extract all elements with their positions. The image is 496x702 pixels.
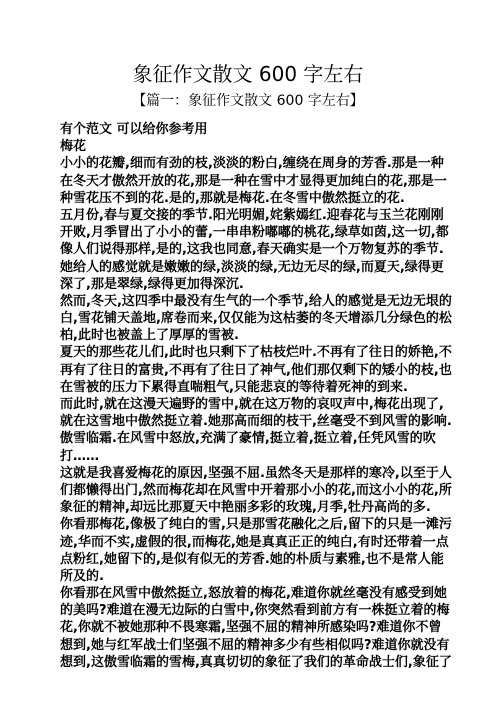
text-line: 再有了往日的富贵,不再有了往日了神气,他们那仅剩下的矮小的枝,也 [60,362,434,379]
text-line: 傲雪临霜.在风雪中怒放,充满了豪情,挺立着,挺立着,任凭风雪的吹 [60,430,434,447]
text-line: 柏,此时也被盖上了厚厚的雪被. [60,327,434,344]
text-line: 种雪花压不到的花.是的,那就是梅花.在冬雪中傲然挺立的花. [60,190,434,207]
text-line: 像人们说得那样,是的,这我也同意,春天确实是一个万物复苏的季节. [60,241,434,258]
section-heading: 梅花 [60,138,434,155]
document-title: 象征作文散文 600 字左右 [0,58,496,87]
text-line: 这就是我喜爱梅花的原因,坚强不屈.虽然冬天是那样的寒冷,以至于人 [60,465,434,482]
text-line: 夏天的那些花儿们,此时也只剩下了枯枝烂叶.不再有了往日的娇艳,不 [60,344,434,361]
document-subtitle: 【篇一：象征作文散文 600 字左右】 [0,90,496,110]
text-line: 在雪被的压力下累得直喘粗气,只能悲哀的等待着死神的到来. [60,379,434,396]
text-line: 小小的花瓣,细而有劲的枝,淡淡的粉白,缠绕在周身的芳香.那是一种 [60,155,434,172]
text-line: 然而,冬天,这四季中最没有生气的一个季节,给人的感觉是无边无垠的 [60,293,434,310]
text-line: 你看那在风雪中傲然挺立,怒放着的梅花,难道你就丝毫没有感受到她 [60,585,434,602]
document-body: 有个范文 可以给你参考用 梅花 小小的花瓣,细而有劲的枝,淡淡的粉白,缠绕在周身… [60,121,434,671]
text-line: 打…… [60,448,434,465]
text-line: 点粉红,她留下的,是似有似无的芳香.她的朴质与素雅,也不是常人能 [60,551,434,568]
text-line: 迹,华而不实,虚假的很,而梅花,她是真真正正的纯白,有时还带着一点 [60,534,434,551]
text-line: 白,雪花铺天盖地,席卷而来,仅仅能为这枯萎的冬天增添几分绿色的松 [60,310,434,327]
text-line: 想到,她与红军战士们坚强不屈的精神多少有些相似吗?难道你就没有 [60,637,434,654]
text-line: 所及的. [60,568,434,585]
text-line: 她给人的感觉就是嫩嫩的绿,淡淡的绿,无边无尽的绿,而夏天,绿得更 [60,259,434,276]
text-line: 想到,这傲雪临霜的雪梅,真真切切的象征了我们的革命战士们,象征了 [60,654,434,671]
text-line: 花,你就不被她那种不畏寒霜,坚强不屈的精神所感染吗?难道你不曾 [60,619,434,636]
text-line: 象征的精神,却远比那夏天中艳丽多彩的玫瑰,月季,牡丹高尚的多. [60,499,434,516]
text-line: 的美吗?难道在漫无边际的白雪中,你突然看到前方有一株挺立着的梅 [60,602,434,619]
text-line: 你看那梅花,像极了纯白的雪,只是那雪花融化之后,留下的只是一滩污 [60,516,434,533]
text-line: 开败,月季冒出了小小的蕾,一串串粉嘟嘟的桃花,绿草如茵,这一切,都 [60,224,434,241]
text-line: 而此时,就在这漫天遍野的雪中,就在这万物的哀叹声中,梅花出现了, [60,396,434,413]
text-line: 五月份,春与夏交接的季节.阳光明媚,姹紫嫣红.迎春花与玉兰花刚刚 [60,207,434,224]
text-line: 有个范文 可以给你参考用 [60,121,434,138]
text-line: 在冬天才傲然开放的花,那是一种在雪中才显得更加纯白的花,那是一 [60,173,434,190]
text-line: 深了,那是翠绿,绿得更加得深沉. [60,276,434,293]
text-line: 们都懒得出门,然而梅花却在风雪中开着那小小的花,而这小小的花,所 [60,482,434,499]
text-line: 就在这雪地中傲然挺立着.她那高而细的枝干,丝毫受不到风雪的影响. [60,413,434,430]
